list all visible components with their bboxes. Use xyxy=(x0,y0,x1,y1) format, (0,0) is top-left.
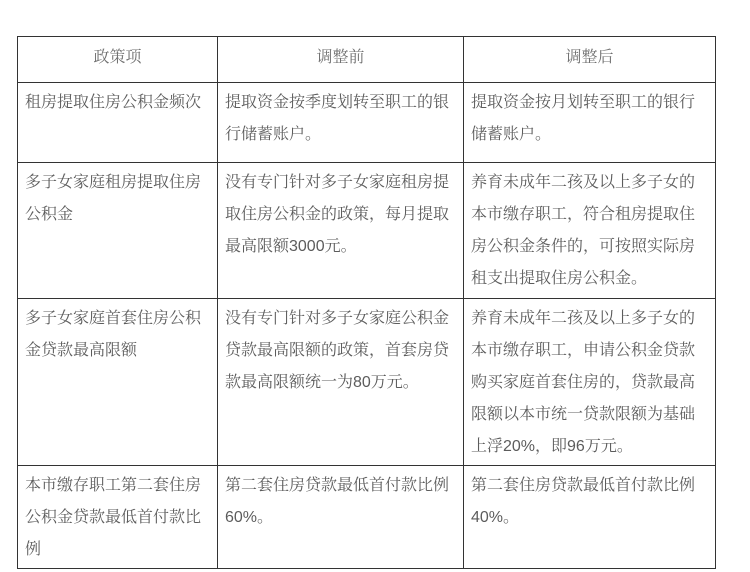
cell-policy-item: 多子女家庭首套住房公积金贷款最高限额 xyxy=(18,299,218,466)
cell-policy-item: 租房提取住房公积金频次 xyxy=(18,83,218,163)
cell-before-adjustment: 没有专门针对多子女家庭租房提取住房公积金的政策，每月提取最高限额3000元。 xyxy=(218,163,464,299)
table-row: 多子女家庭租房提取住房公积金 没有专门针对多子女家庭租房提取住房公积金的政策，每… xyxy=(18,163,716,299)
table-row: 租房提取住房公积金频次 提取资金按季度划转至职工的银行储蓄账户。 提取资金按月划… xyxy=(18,83,716,163)
cell-policy-item: 多子女家庭租房提取住房公积金 xyxy=(18,163,218,299)
cell-policy-item: 本市缴存职工第二套住房公积金贷款最低首付款比例 xyxy=(18,466,218,569)
table-header-row: 政策项 调整前 调整后 xyxy=(18,37,716,83)
column-header-policy-item: 政策项 xyxy=(18,37,218,83)
policy-comparison-table: 政策项 调整前 调整后 租房提取住房公积金频次 提取资金按季度划转至职工的银行储… xyxy=(17,36,716,569)
cell-before-adjustment: 提取资金按季度划转至职工的银行储蓄账户。 xyxy=(218,83,464,163)
cell-before-adjustment: 没有专门针对多子女家庭公积金贷款最高限额的政策，首套房贷款最高限额统一为80万元… xyxy=(218,299,464,466)
table-row: 本市缴存职工第二套住房公积金贷款最低首付款比例 第二套住房贷款最低首付款比例60… xyxy=(18,466,716,569)
cell-before-adjustment: 第二套住房贷款最低首付款比例60%。 xyxy=(218,466,464,569)
cell-after-adjustment: 提取资金按月划转至职工的银行储蓄账户。 xyxy=(464,83,716,163)
table-row: 多子女家庭首套住房公积金贷款最高限额 没有专门针对多子女家庭公积金贷款最高限额的… xyxy=(18,299,716,466)
column-header-after-adjustment: 调整后 xyxy=(464,37,716,83)
document-page: 政策项 调整前 调整后 租房提取住房公积金频次 提取资金按季度划转至职工的银行储… xyxy=(0,0,750,572)
cell-after-adjustment: 养育未成年二孩及以上多子女的本市缴存职工，符合租房提取住房公积金条件的，可按照实… xyxy=(464,163,716,299)
cell-after-adjustment: 第二套住房贷款最低首付款比例40%。 xyxy=(464,466,716,569)
cell-after-adjustment: 养育未成年二孩及以上多子女的本市缴存职工，申请公积金贷款购买家庭首套住房的，贷款… xyxy=(464,299,716,466)
column-header-before-adjustment: 调整前 xyxy=(218,37,464,83)
